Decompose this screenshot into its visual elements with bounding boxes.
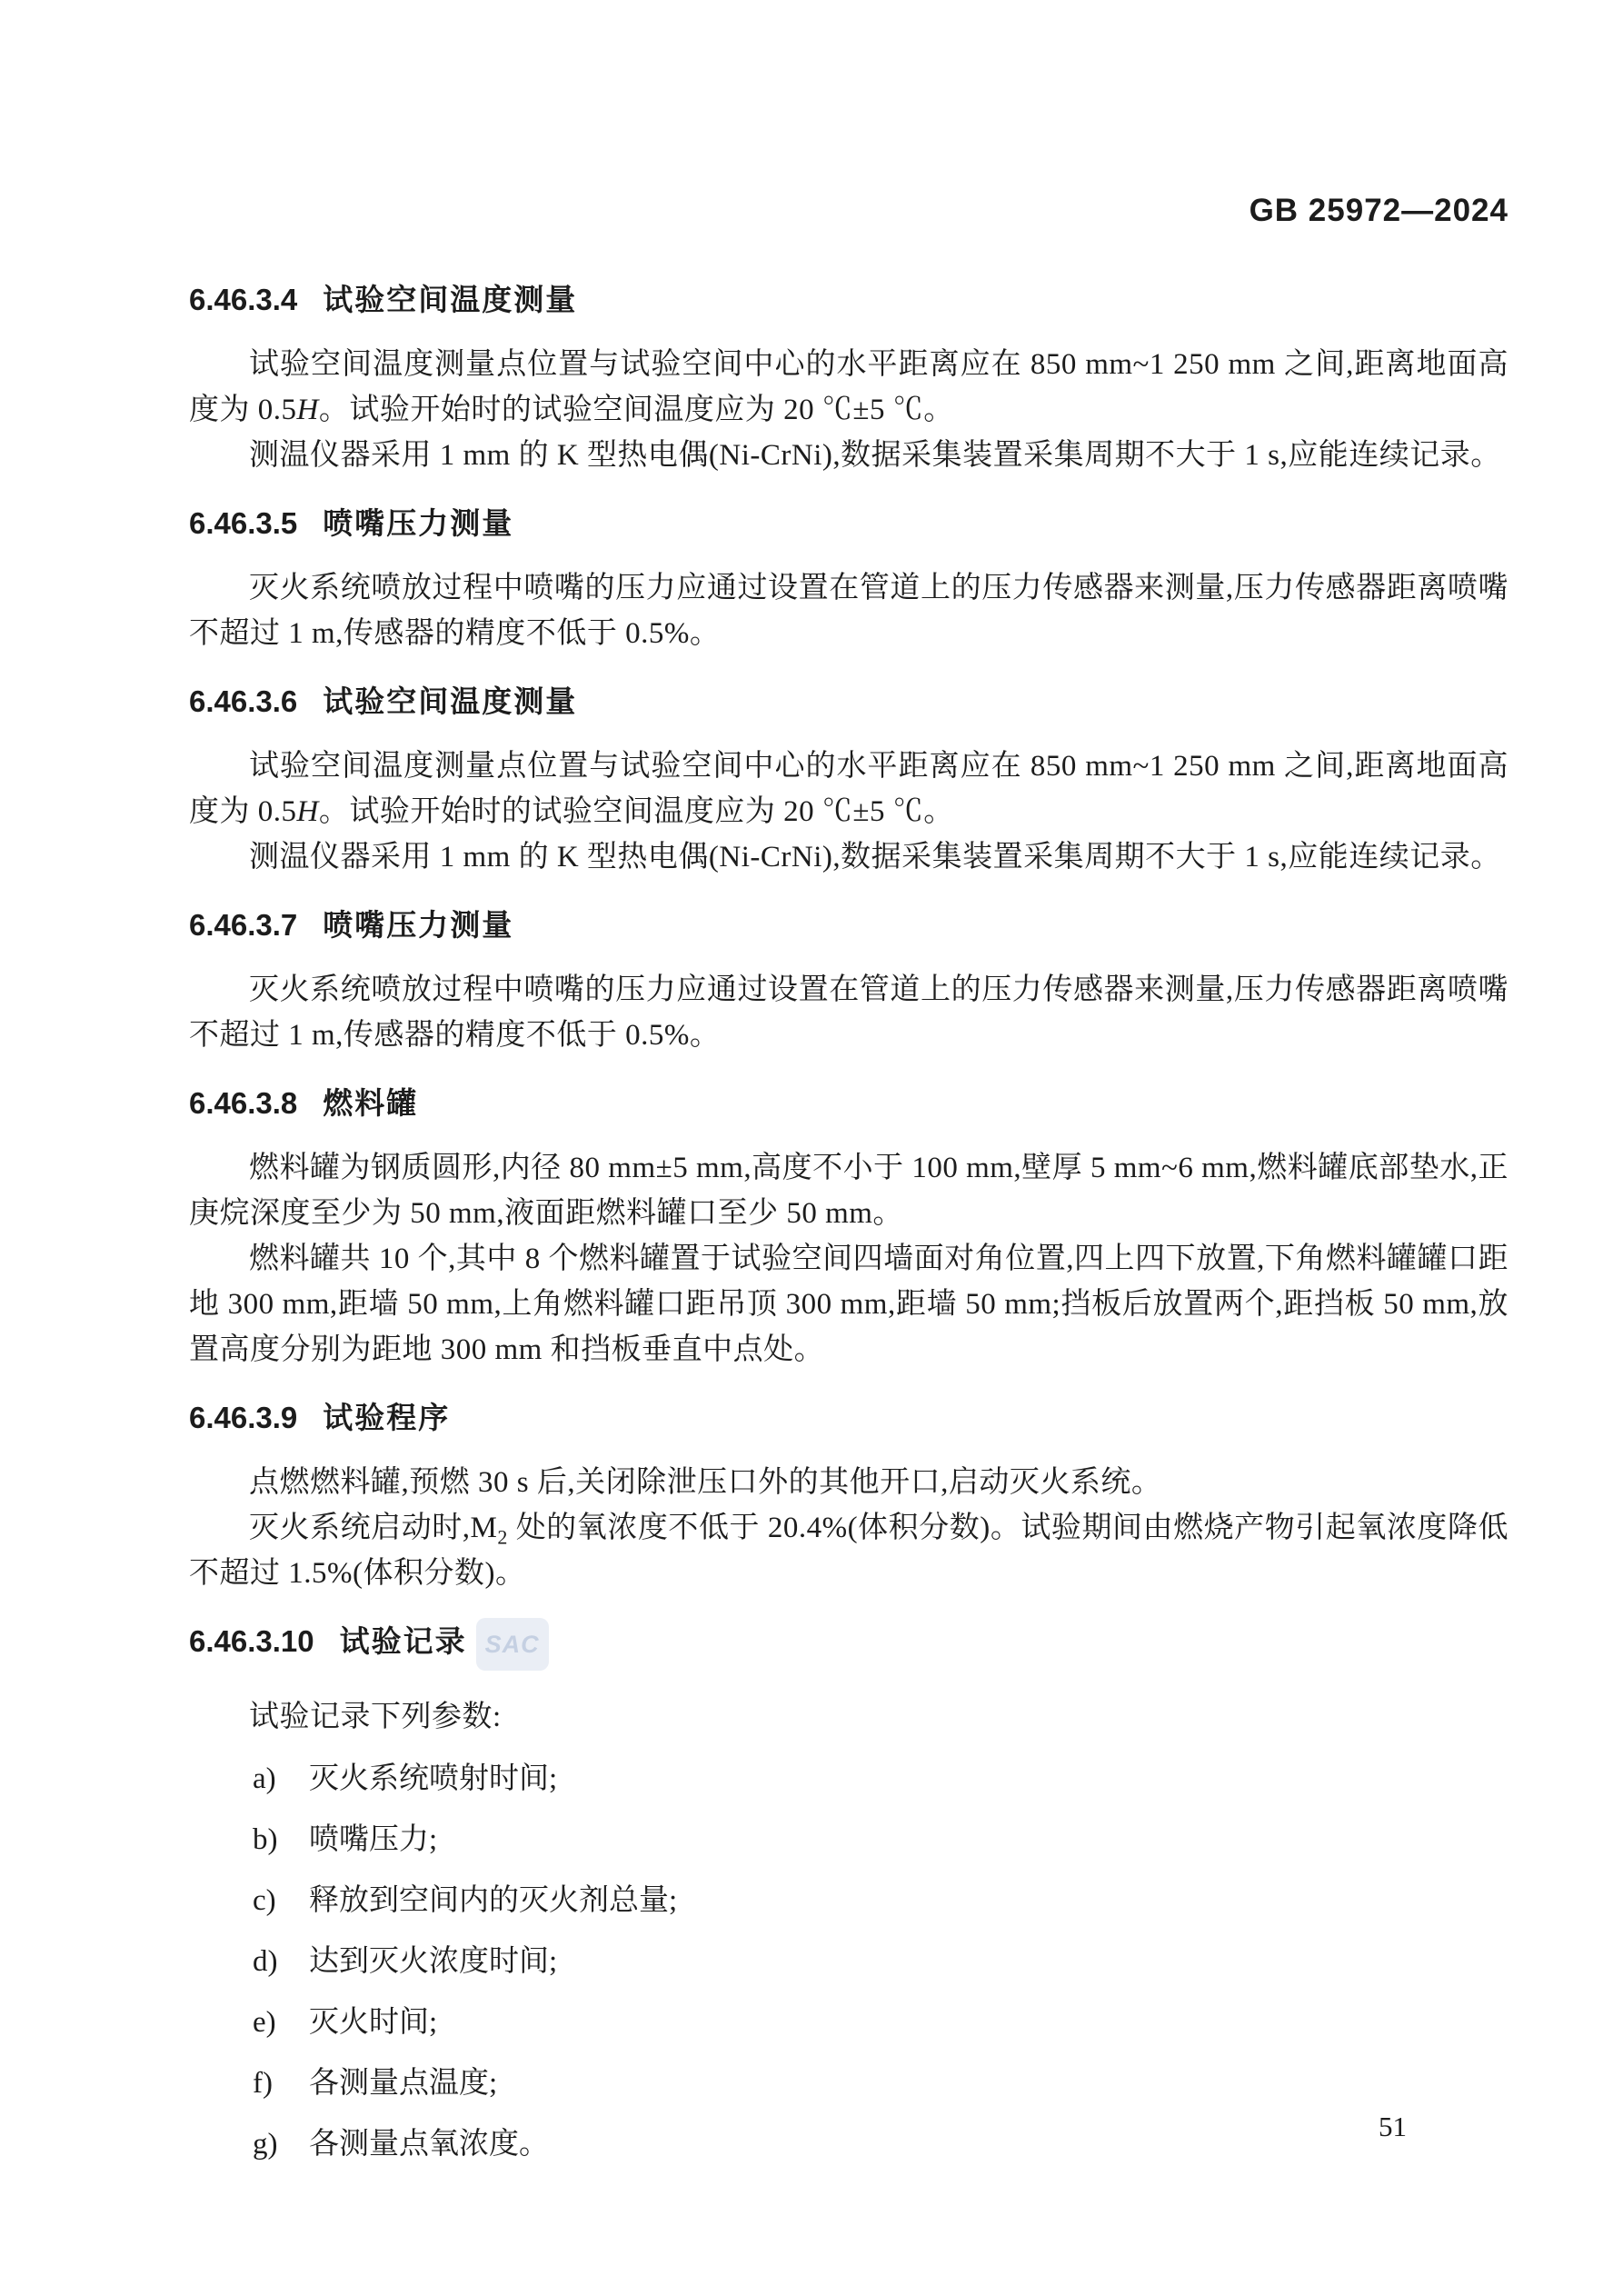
section: 6.46.3.10试验记录SAC试验记录下列参数:a)灭火系统喷射时间;b)喷嘴… — [189, 1623, 1508, 2167]
section: 6.46.3.4试验空间温度测量试验空间温度测量点位置与试验空间中心的水平距离应… — [189, 282, 1508, 478]
list-item-marker: e) — [253, 2000, 309, 2045]
section-id: 6.46.3.5 — [189, 505, 297, 542]
section-id: 6.46.3.4 — [189, 282, 297, 318]
list-item-marker: b) — [253, 1817, 309, 1862]
section-heading: 6.46.3.6试验空间温度测量 — [189, 684, 1508, 720]
document-number: GB 25972—2024 — [189, 0, 1508, 229]
list-item: a)灭火系统喷射时间; — [189, 1756, 1508, 1802]
section: 6.46.3.5喷嘴压力测量灭火系统喷放过程中喷嘴的压力应通过设置在管道上的压力… — [189, 505, 1508, 656]
list-item-text: 释放到空间内的灭火剂总量; — [309, 1878, 677, 1923]
section-title: 试验空间温度测量 — [323, 684, 577, 720]
paragraph: 灭火系统启动时,M2 处的氧浓度不低于 20.4%(体积分数)。试验期间由燃烧产… — [189, 1505, 1508, 1596]
paragraph: 测温仪器采用 1 mm 的 K 型热电偶(Ni-CrNi),数据采集装置采集周期… — [189, 433, 1508, 478]
section-id: 6.46.3.9 — [189, 1400, 297, 1436]
section-title: 喷嘴压力测量 — [323, 505, 513, 542]
paragraph: 试验记录下列参数: — [189, 1694, 1508, 1740]
paragraph: 试验空间温度测量点位置与试验空间中心的水平距离应在 850 mm~1 250 m… — [189, 342, 1508, 433]
list-item-marker: g) — [253, 2121, 309, 2167]
sections-container: 6.46.3.4试验空间温度测量试验空间温度测量点位置与试验空间中心的水平距离应… — [189, 282, 1508, 2167]
paragraph: 燃料罐为钢质圆形,内径 80 mm±5 mm,高度不小于 100 mm,壁厚 5… — [189, 1145, 1508, 1236]
section-id: 6.46.3.8 — [189, 1085, 297, 1122]
section-heading: 6.46.3.8燃料罐 — [189, 1085, 1508, 1122]
section-heading: 6.46.3.10试验记录SAC — [189, 1623, 1508, 1671]
section-title: 喷嘴压力测量 — [323, 907, 513, 943]
parameter-list: a)灭火系统喷射时间;b)喷嘴压力;c)释放到空间内的灭火剂总量;d)达到灭火浓… — [189, 1756, 1508, 2167]
paragraph: 测温仪器采用 1 mm 的 K 型热电偶(Ni-CrNi),数据采集装置采集周期… — [189, 834, 1508, 880]
section-heading: 6.46.3.9试验程序 — [189, 1400, 1508, 1436]
paragraph: 试验空间温度测量点位置与试验空间中心的水平距离应在 850 mm~1 250 m… — [189, 744, 1508, 834]
list-item: c)释放到空间内的灭火剂总量; — [189, 1878, 1508, 1923]
list-item: g)各测量点氧浓度。 — [189, 2121, 1508, 2167]
list-item: d)达到灭火浓度时间; — [189, 1939, 1508, 1984]
page-content: GB 25972—2024 6.46.3.4试验空间温度测量试验空间温度测量点位… — [189, 0, 1508, 2182]
section: 6.46.3.8燃料罐燃料罐为钢质圆形,内径 80 mm±5 mm,高度不小于 … — [189, 1085, 1508, 1373]
section-heading: 6.46.3.4试验空间温度测量 — [189, 282, 1508, 318]
section: 6.46.3.9试验程序点燃燃料罐,预燃 30 s 后,关闭除泄压口外的其他开口… — [189, 1400, 1508, 1596]
paragraph: 灭火系统喷放过程中喷嘴的压力应通过设置在管道上的压力传感器来测量,压力传感器距离… — [189, 565, 1508, 656]
page-number: 51 — [1379, 2111, 1407, 2143]
list-item-text: 灭火系统喷射时间; — [309, 1756, 557, 1802]
section-id: 6.46.3.7 — [189, 907, 297, 943]
section: 6.46.3.7喷嘴压力测量灭火系统喷放过程中喷嘴的压力应通过设置在管道上的压力… — [189, 907, 1508, 1058]
list-item-text: 喷嘴压力; — [309, 1817, 437, 1862]
paragraph: 灭火系统喷放过程中喷嘴的压力应通过设置在管道上的压力传感器来测量,压力传感器距离… — [189, 967, 1508, 1058]
section-title: 试验空间温度测量 — [323, 282, 577, 318]
paragraph: 燃料罐共 10 个,其中 8 个燃料罐置于试验空间四墙面对角位置,四上四下放置,… — [189, 1236, 1508, 1373]
list-item-text: 灭火时间; — [309, 2000, 437, 2045]
list-item-text: 各测量点氧浓度。 — [309, 2121, 549, 2167]
list-item-marker: f) — [253, 2061, 309, 2106]
section-title: 试验记录 — [340, 1623, 467, 1660]
italic-variable: H — [297, 795, 319, 828]
italic-variable: H — [297, 394, 319, 426]
section-heading: 6.46.3.5喷嘴压力测量 — [189, 505, 1508, 542]
paragraph: 点燃燃料罐,预燃 30 s 后,关闭除泄压口外的其他开口,启动灭火系统。 — [189, 1460, 1508, 1505]
section-heading: 6.46.3.7喷嘴压力测量 — [189, 907, 1508, 943]
section-title: 试验程序 — [323, 1400, 450, 1436]
section: 6.46.3.6试验空间温度测量试验空间温度测量点位置与试验空间中心的水平距离应… — [189, 684, 1508, 880]
list-item-marker: a) — [253, 1756, 309, 1802]
list-item: b)喷嘴压力; — [189, 1817, 1508, 1862]
sac-watermark-logo: SAC — [476, 1618, 549, 1671]
document-page: GB 25972—2024 6.46.3.4试验空间温度测量试验空间温度测量点位… — [0, 0, 1623, 2296]
list-item-marker: c) — [253, 1878, 309, 1923]
list-item-text: 达到灭火浓度时间; — [309, 1939, 557, 1984]
list-item-marker: d) — [253, 1939, 309, 1984]
section-id: 6.46.3.10 — [189, 1623, 314, 1660]
section-id: 6.46.3.6 — [189, 684, 297, 720]
subscript: 2 — [497, 1526, 508, 1549]
list-item: f)各测量点温度; — [189, 2061, 1508, 2106]
list-item: e)灭火时间; — [189, 2000, 1508, 2045]
section-title: 燃料罐 — [323, 1085, 418, 1122]
list-item-text: 各测量点温度; — [309, 2061, 497, 2106]
